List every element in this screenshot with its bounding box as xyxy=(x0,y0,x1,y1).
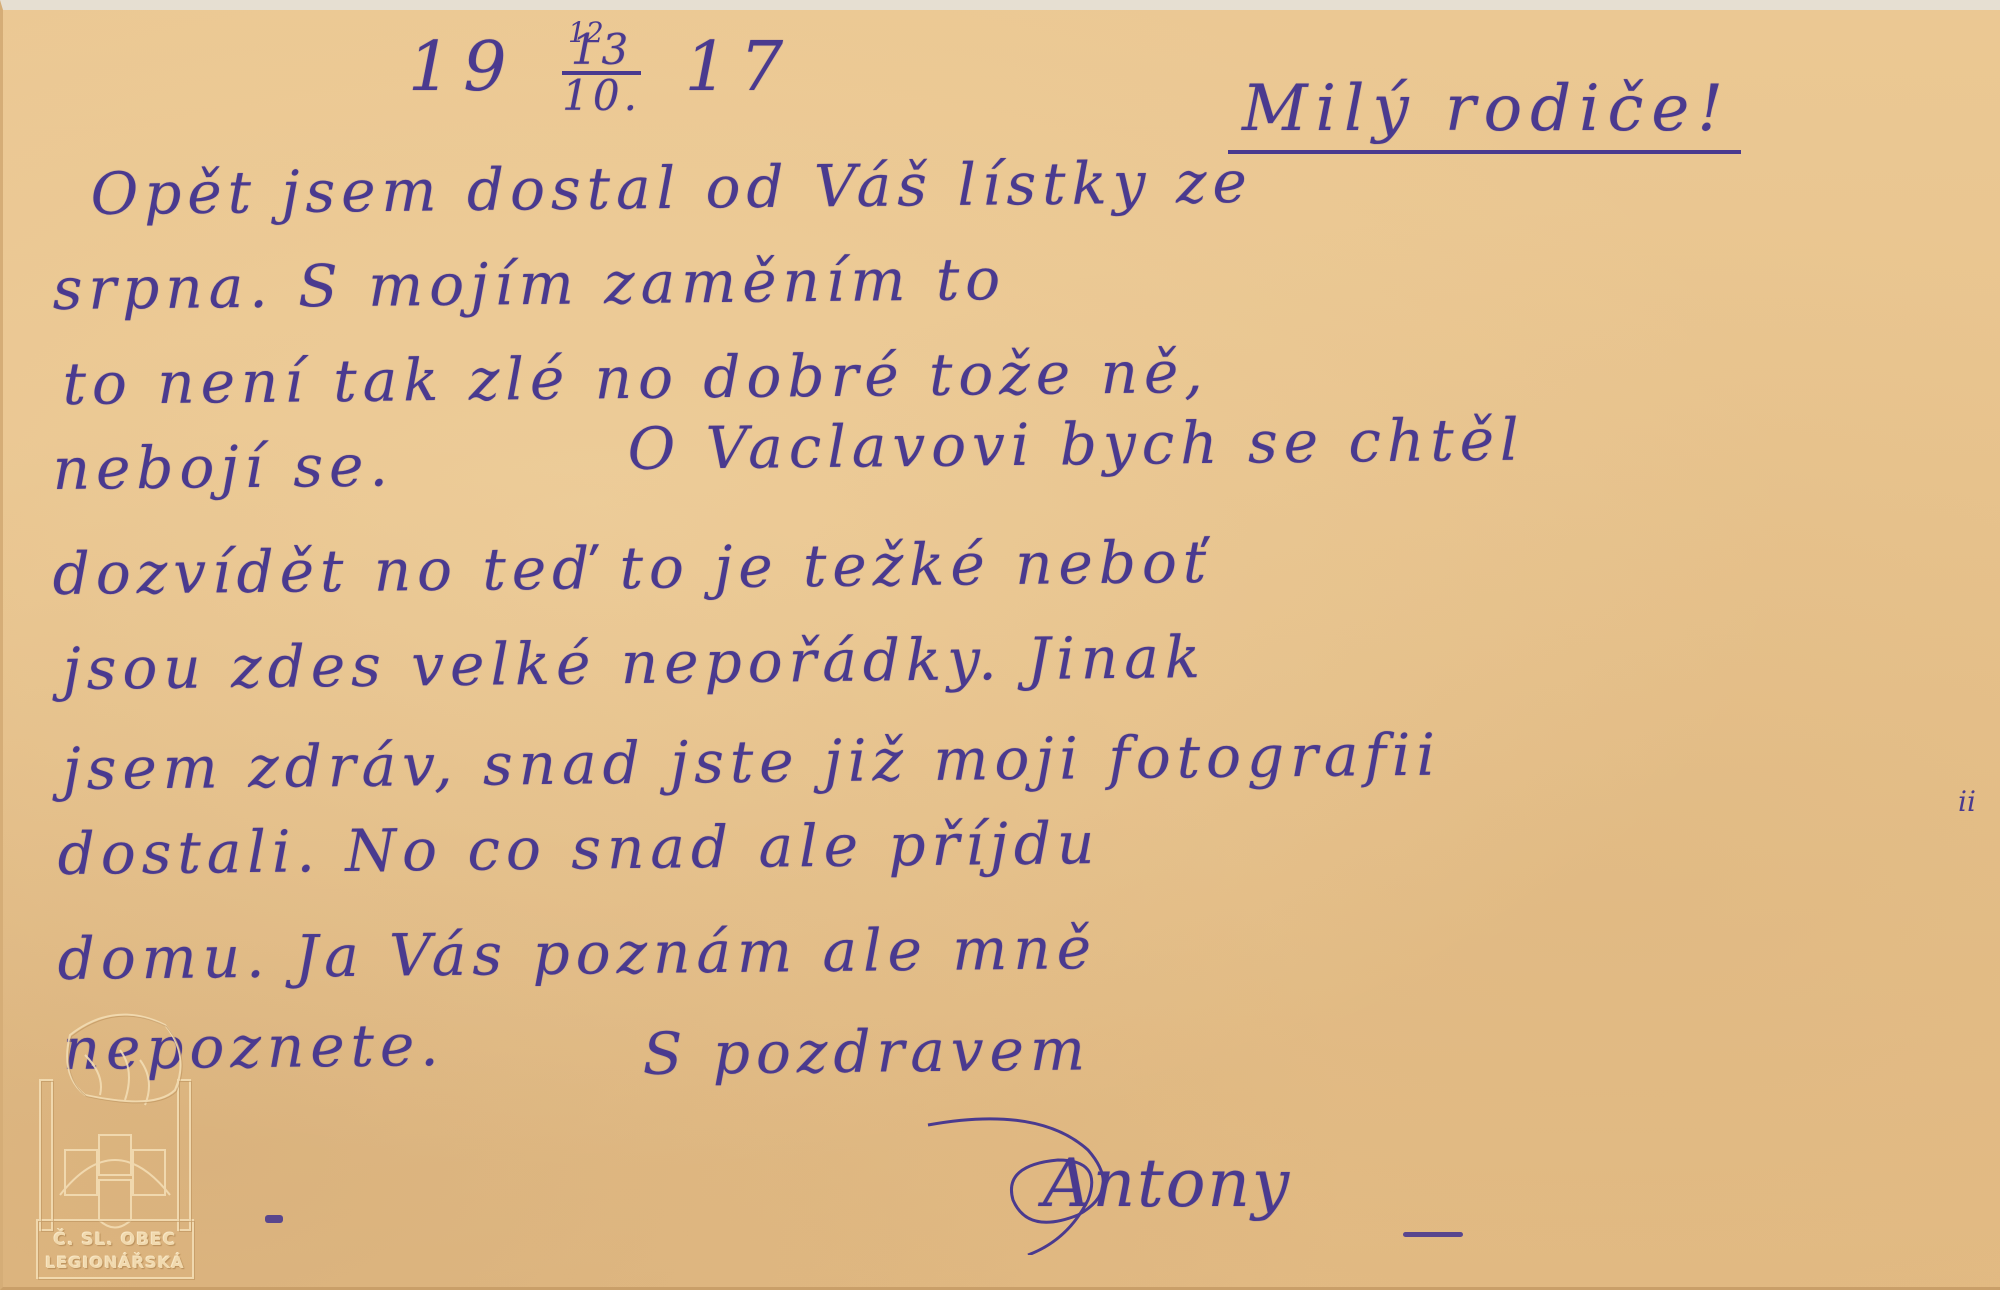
date-month: 10. xyxy=(562,75,641,117)
body-line-7: jsou zdes velké nepořádky. Jinak xyxy=(62,623,1206,703)
body-line-9: dostali. No co snad ale příjdu xyxy=(57,809,1100,888)
postcard: 19 13 10. 17 12 Milý rodiče! Opět jsem d… xyxy=(0,0,2000,1290)
date-year-suffix: 17 xyxy=(685,28,796,107)
body-line-1: Opět jsem dostal od Váš lístky ze xyxy=(90,148,1253,228)
body-line-2: srpna. S mojím zaměním to xyxy=(52,245,1006,323)
body-line-10: domu. Ja Vás poznám ale mně xyxy=(57,914,1097,993)
body-line-12: S pozdravem xyxy=(642,1015,1091,1088)
signature: Antony xyxy=(1043,1145,1291,1222)
date-year-prefix: 19 xyxy=(408,28,519,107)
body-line-5: O Vaclavovi bych se chtěl xyxy=(627,406,1525,483)
seal-text-line-2: LEGIONÁŘSKÁ xyxy=(25,1253,205,1272)
seal-text-line-1: Č. SL. OBEC xyxy=(25,1230,205,1250)
body-line-3: to není tak zlé no dobré tože ně, xyxy=(62,338,1209,418)
closing-dash xyxy=(1403,1232,1463,1237)
fotografii-superscript: ii xyxy=(1958,785,1976,818)
body-line-4: nebojí se. xyxy=(52,431,394,503)
ink-mark xyxy=(265,1215,283,1223)
body-line-6: dozvídět no teď to je težké neboť xyxy=(52,528,1212,608)
date-day-correction: 12 xyxy=(568,16,604,49)
body-line-8: jsem zdráv, snad jste již moji fotografi… xyxy=(62,721,1441,803)
salutation: Milý rodiče! xyxy=(1228,72,1741,154)
